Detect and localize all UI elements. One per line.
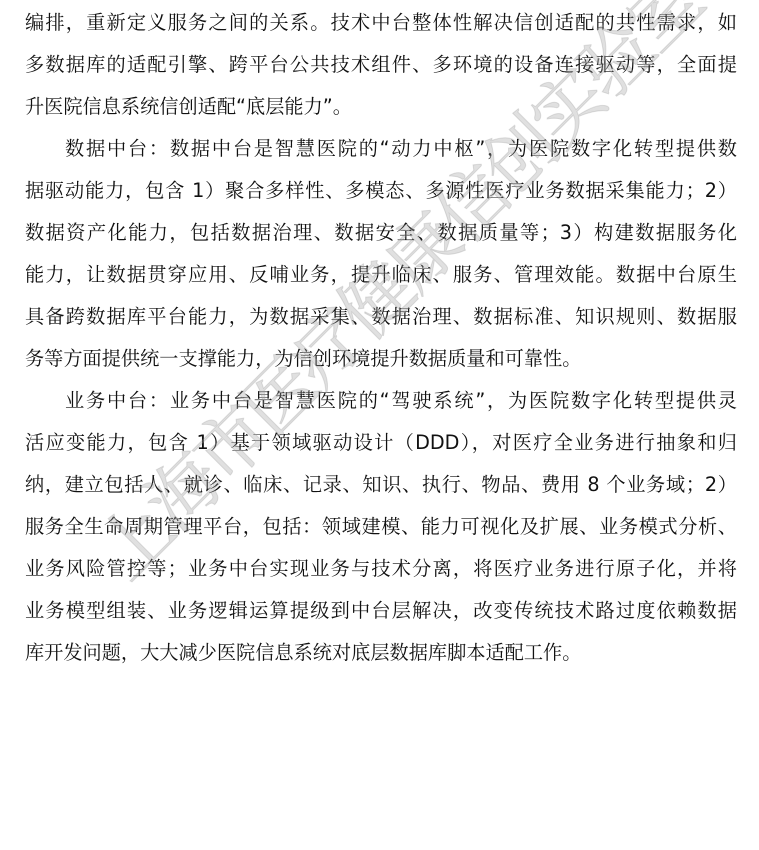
text-line: 业务模型组装、业务逻辑运算提级到中台层解决，改变传统技术路过度依赖数据 (25, 590, 737, 632)
paragraph-business-platform: 业务中台：业务中台是智慧医院的“驾驶系统”，为医院数字化转型提供灵 活应变能力，… (25, 380, 737, 674)
text-line: 业务中台：业务中台是智慧医院的“驾驶系统”，为医院数字化转型提供灵 (25, 380, 737, 422)
text-line: 编排，重新定义服务之间的关系。技术中台整体性解决信创适配的共性需求，如 (25, 2, 737, 44)
text-line: 据驱动能力，包含 1）聚合多样性、多模态、多源性医疗业务数据采集能力；2） (25, 170, 737, 212)
text-line: 纳，建立包括人、就诊、临床、记录、知识、执行、物品、费用 8 个业务域；2） (25, 464, 737, 506)
text-line: 数据资产化能力，包括数据治理、数据安全、数据质量等；3）构建数据服务化 (25, 212, 737, 254)
text-line: 升医院信息系统信创适配“底层能力”。 (25, 86, 737, 128)
document-page: 编排，重新定义服务之间的关系。技术中台整体性解决信创适配的共性需求，如 多数据库… (0, 0, 759, 850)
text-line: 业务风险管控等；业务中台实现业务与技术分离，将医疗业务进行原子化，并将 (25, 548, 737, 590)
paragraph-tech-platform: 编排，重新定义服务之间的关系。技术中台整体性解决信创适配的共性需求，如 多数据库… (25, 2, 737, 128)
text-line: 服务全生命周期管理平台，包括：领域建模、能力可视化及扩展、业务模式分析、 (25, 506, 737, 548)
document-body: 编排，重新定义服务之间的关系。技术中台整体性解决信创适配的共性需求，如 多数据库… (25, 2, 737, 674)
paragraph-data-platform: 数据中台：数据中台是智慧医院的“动力中枢”，为医院数字化转型提供数 据驱动能力，… (25, 128, 737, 380)
text-line: 库开发问题，大大减少医院信息系统对底层数据库脚本适配工作。 (25, 632, 737, 674)
text-line: 能力，让数据贯穿应用、反哺业务，提升临床、服务、管理效能。数据中台原生 (25, 254, 737, 296)
text-line: 数据中台：数据中台是智慧医院的“动力中枢”，为医院数字化转型提供数 (25, 128, 737, 170)
text-line: 活应变能力，包含 1）基于领域驱动设计（DDD），对医疗全业务进行抽象和归 (25, 422, 737, 464)
text-line: 务等方面提供统一支撑能力，为信创环境提升数据质量和可靠性。 (25, 338, 737, 380)
text-line: 多数据库的适配引擎、跨平台公共技术组件、多环境的设备连接驱动等，全面提 (25, 44, 737, 86)
text-line: 具备跨数据库平台能力，为数据采集、数据治理、数据标准、知识规则、数据服 (25, 296, 737, 338)
